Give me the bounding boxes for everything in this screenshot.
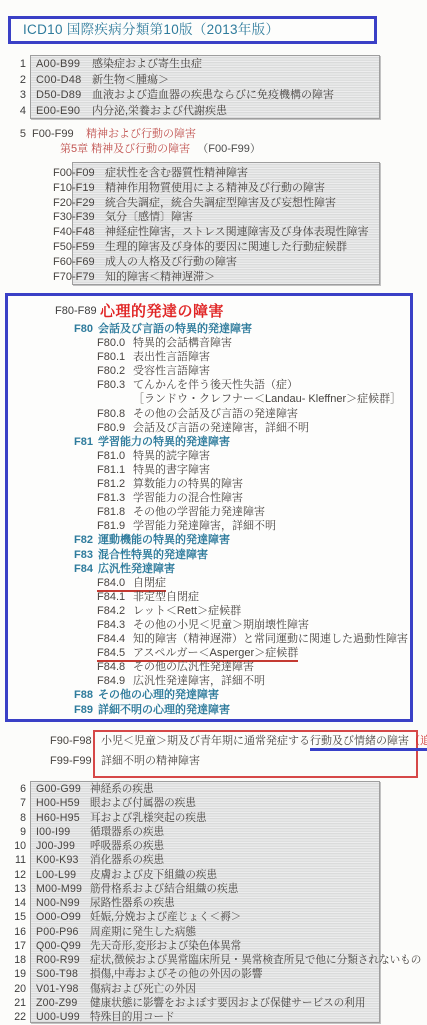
- chapter-row: 8 H60-H95 耳および乳様突起の疾患: [0, 811, 427, 825]
- title-box: ICD10 国際疾病分類第10版（2013年版）: [8, 16, 377, 44]
- chapter-code: J00-J99: [36, 839, 75, 853]
- chapter-desc: 特殊目的用コード: [90, 1010, 175, 1024]
- f-block-desc: 生理的障害及び身体的要因に関連した行動症候群: [105, 240, 347, 255]
- chapter-number: 10: [2, 839, 26, 853]
- f8x-row-group: F81.3学習能力の混合性障害: [97, 491, 243, 505]
- f8x-row: F81.9学習能力発達障害，詳細不明: [8, 519, 410, 533]
- f-block-desc: 神経症性障害，ストレス関連障害及び身体表現性障害: [105, 225, 369, 240]
- f8x-code: F84.9: [97, 674, 133, 688]
- f-block-list: F00-F09 症状性を含む器質性精神障害 F10-F19 精神作用物質使用によ…: [0, 162, 427, 285]
- f8x-text: 学習能力の混合性障害: [133, 492, 243, 504]
- f8x-text: 運動機能の特異的発達障害: [98, 533, 230, 547]
- f8x-row: F81.0特異的読字障害: [8, 449, 410, 463]
- f8x-text: 詳細不明の心理的発達障害: [98, 703, 230, 717]
- f8x-text: 算数能力の特異的障害: [133, 478, 243, 490]
- chapter-number: 2: [2, 73, 26, 89]
- chapter-row: 20 V01-Y98 傷病および死亡の外因: [0, 982, 427, 996]
- f8x-row-group: F84.4知的障害（精神遅滞）と常同運動に関連した過動性障害: [97, 632, 408, 646]
- f-block-row: F60-F69 成人の人格及び行動の障害: [0, 255, 427, 270]
- chapter-code: K00-K93: [36, 853, 79, 867]
- f8x-row: F84.0自閉症: [8, 576, 410, 590]
- chapter-code: C00-D48: [36, 73, 81, 89]
- f-block-row: F10-F19 精神作用物質使用による精神及び行動の障害: [0, 181, 427, 196]
- f9x-underlined-group: 行動及び情緒の障害（追記ADHD）: [310, 735, 427, 748]
- chapter-desc: 神経系の疾患: [90, 782, 154, 796]
- f8x-row: F80.3てんかんを伴う後天性失語（症）: [8, 378, 410, 392]
- f8x-text: 受容性言語障害: [133, 365, 210, 377]
- f8x-code: F80: [74, 322, 93, 336]
- chapter-row: 21 Z00-Z99 健康状態に影響をおよぼす要因および保健サービスの利用: [0, 996, 427, 1010]
- chapter-code: P00-P96: [36, 925, 79, 939]
- f9x-desc: 詳細不明の精神障害: [101, 751, 200, 771]
- chapter-row: 1 A00-B99 感染症および寄生虫症: [0, 57, 427, 73]
- f8x-code: F80.9: [97, 421, 133, 435]
- f8x-text: 広汎性発達障害，詳細不明: [133, 675, 265, 687]
- chapter5-subtitle-text: 第5章 精神及び行動の障害: [60, 143, 190, 155]
- chapter-number: 9: [2, 825, 26, 839]
- f8x-text: その他の小児＜児童＞期崩壊性障害: [133, 619, 309, 631]
- f8x-row-group: F84.9広汎性発達障害，詳細不明: [97, 674, 265, 688]
- chapter-row: 10 J00-J99 呼吸器系の疾患: [0, 839, 427, 853]
- f-block-desc: 気分〔感情〕障害: [105, 210, 193, 225]
- chapter-number: 14: [2, 896, 26, 910]
- f8x-row: F84広汎性発達障害: [8, 562, 410, 576]
- f8x-code: F89: [74, 703, 93, 717]
- f8x-code: F81.9: [97, 519, 133, 533]
- chapter-row: 16 P00-P96 周産期に発生した病態: [0, 925, 427, 939]
- f8x-row: F81.1特異的書字障害: [8, 463, 410, 477]
- chapter-code: V01-Y98: [36, 982, 79, 996]
- chapter-code: E00-E90: [36, 104, 80, 120]
- chapter-number: 17: [2, 939, 26, 953]
- chapter-number: 16: [2, 925, 26, 939]
- f8x-text: その他の広汎性発達障害: [133, 661, 254, 673]
- f-block-code: F00-F09: [53, 166, 95, 181]
- f-block-code: F40-F48: [53, 225, 95, 240]
- f8x-code: F80.3: [97, 378, 133, 392]
- chapter-desc: 呼吸器系の疾患: [90, 839, 164, 853]
- f8x-code: F88: [74, 688, 93, 702]
- chapter-code: R00-R99: [36, 953, 80, 967]
- f8x-row-group: ［ランドウ・クレフナー＜Landau- Kleffner＞症候群］: [133, 392, 401, 406]
- chapter-code: N00-N99: [36, 896, 80, 910]
- f8x-row: F81.2算数能力の特異的障害: [8, 477, 410, 491]
- chapter-row: 19 S00-T98 損傷,中毒およびその他の外因の影響: [0, 967, 427, 981]
- f8x-text: その他の会話及び言語の発達障害: [133, 408, 298, 420]
- f8x-row: F84.1非定型自閉症: [8, 590, 410, 604]
- chapter-number: 3: [2, 88, 26, 104]
- f8x-row: ［ランドウ・クレフナー＜Landau- Kleffner＞症候群］: [8, 392, 410, 406]
- heading-code: F80-F89: [55, 301, 97, 322]
- chapter-number: 8: [2, 811, 26, 825]
- chapter-number: 20: [2, 982, 26, 996]
- f8x-row: F81.3学習能力の混合性障害: [8, 491, 410, 505]
- f8x-row: F80会話及び言語の特異的発達障害: [8, 322, 410, 336]
- chapter5-subtitle-code: （F00-F99）: [197, 143, 261, 155]
- f-block-code: F10-F19: [53, 181, 95, 196]
- chapter-row: 11 K00-K93 消化器系の疾患: [0, 853, 427, 867]
- chapter-code: H60-H95: [36, 811, 80, 825]
- f-block-desc: 知的障害＜精神遅滞＞: [105, 270, 215, 285]
- f8x-code: F80.1: [97, 350, 133, 364]
- f-block-desc: 精神作用物質使用による精神及び行動の障害: [105, 181, 325, 196]
- f8x-row-group: F81.9学習能力発達障害，詳細不明: [97, 519, 276, 533]
- f9x-row: F90-F98 小児＜児童＞期及び青年期に通常発症する行動及び情緒の障害（追記A…: [0, 731, 427, 751]
- chapter-row: 12 L00-L99 皮膚および皮下組織の疾患: [0, 868, 427, 882]
- chapter-number: 11: [2, 853, 26, 867]
- f8x-text: てんかんを伴う後天性失語（症）: [133, 379, 298, 391]
- f8x-text: 知的障害（精神遅滞）と常同運動に関連した過動性障害: [133, 633, 408, 645]
- f8x-code: F84.0: [97, 576, 133, 590]
- f8x-row: F82運動機能の特異的発達障害: [8, 533, 410, 547]
- f8x-row-group: F80.1表出性言語障害: [97, 350, 210, 364]
- f9x-code: F90-F98: [50, 731, 92, 751]
- f8x-row: F81.8その他の学習能力発達障害: [8, 505, 410, 519]
- f-block-code: F20-F29: [53, 196, 95, 211]
- chapter-row: 13 M00-M99 筋骨格系および結合組織の疾患: [0, 882, 427, 896]
- f8x-row: F84.5アスペルガー＜Asperger＞症候群: [8, 646, 410, 660]
- f8x-code: F84: [74, 562, 93, 576]
- f8x-code: F84.5: [97, 646, 133, 660]
- chapter-number: 4: [2, 104, 26, 120]
- chapter-number: 12: [2, 868, 26, 882]
- f8x-row-group: F84.0自閉症: [97, 576, 166, 590]
- f8x-row-group: F84.3その他の小児＜児童＞期崩壊性障害: [97, 618, 309, 632]
- f8x-text: その他の心理的発達障害: [98, 688, 219, 702]
- f8x-row-group: F84.8その他の広汎性発達障害: [97, 660, 254, 674]
- f8x-row-group: F80.2受容性言語障害: [97, 364, 210, 378]
- f8x-row: F80.1表出性言語障害: [8, 350, 410, 364]
- f-block-desc: 症状性を含む器質性精神障害: [105, 166, 248, 181]
- chapter-code: S00-T98: [36, 967, 78, 981]
- chapter-desc: 眼および付属器の疾患: [90, 796, 196, 810]
- f-block-code: F30-F39: [53, 210, 95, 225]
- f8x-row: F83混合性特異的発達障害: [8, 548, 410, 562]
- chapter-desc: 筋骨格系および結合組織の疾患: [90, 882, 238, 896]
- chapter-code: Z00-Z99: [36, 996, 77, 1010]
- f8x-row-group: F84.2レット＜Rett＞症候群: [97, 604, 241, 618]
- chapter-desc: 周産期に発生した病態: [90, 925, 196, 939]
- f8x-code: F81.1: [97, 463, 133, 477]
- f9x-marked-text: 行動及び情緒の障害: [310, 735, 409, 747]
- f8x-code: F81.0: [97, 449, 133, 463]
- f8x-code: F82: [74, 533, 93, 547]
- f8x-text: 特異的読字障害: [133, 450, 210, 462]
- chapter-desc: 循環器系の疾患: [90, 825, 164, 839]
- f8x-row-group: F80.9会話及び言語の発達障害，詳細不明: [97, 421, 309, 435]
- f8x-row-group: F80.0特異的会話構音障害: [97, 336, 232, 350]
- f8x-row: F80.9会話及び言語の発達障害，詳細不明: [8, 421, 410, 435]
- chapter-number: 15: [2, 910, 26, 924]
- f-block-row: F50-F59 生理的障害及び身体的要因に関連した行動症候群: [0, 240, 427, 255]
- chapter-row: 3 D50-D89 血液および造血器の疾患ならびに免疫機構の障害: [0, 88, 427, 104]
- chapter-desc: 新生物＜腫瘍＞: [92, 73, 169, 89]
- f8x-code: F80.8: [97, 407, 133, 421]
- chapter-number: 13: [2, 882, 26, 896]
- f9x-list: F90-F98 小児＜児童＞期及び青年期に通常発症する行動及び情緒の障害（追記A…: [0, 731, 427, 771]
- bottom-chapter-list: 6 G00-G99 神経系の疾患 7 H00-H59 眼および付属器の疾患 8 …: [0, 781, 427, 1023]
- chapter-desc: 症状,徴候および異常臨床所見・異常検査所見で他に分類されないもの: [90, 953, 421, 967]
- chapter5-title: 精神および行動の障害: [86, 127, 196, 142]
- page-title: ICD10 国際疾病分類第10版（2013年版）: [23, 19, 279, 41]
- f-block-row: F30-F39 気分〔感情〕障害: [0, 210, 427, 225]
- chapter-desc: 感染症および寄生虫症: [92, 57, 202, 73]
- f-block-row: F20-F29 統合失調症，統合失調症型障害及び妄想性障害: [0, 196, 427, 211]
- f8x-text: 広汎性発達障害: [98, 562, 175, 576]
- f8x-row-group: F81.8その他の学習能力発達障害: [97, 505, 265, 519]
- chapter-row: 18 R00-R99 症状,徴候および異常臨床所見・異常検査所見で他に分類されな…: [0, 953, 427, 967]
- chapter-row: 2 C00-D48 新生物＜腫瘍＞: [0, 73, 427, 89]
- f8x-text: 学習能力発達障害，詳細不明: [133, 520, 276, 532]
- chapter5-subtitle: 第5章 精神及び行動の障害 （F00-F99）: [60, 142, 420, 157]
- f8x-code: F80.2: [97, 364, 133, 378]
- chapter-code: D50-D89: [36, 88, 81, 104]
- chapter-number: 5: [2, 127, 26, 142]
- f9x-adhd-note: （追記ADHD）: [409, 735, 427, 747]
- chapter-code: U00-U99: [36, 1010, 80, 1024]
- f-block-code: F70-F79: [53, 270, 95, 285]
- f8x-text: 表出性言語障害: [133, 351, 210, 363]
- chapter-desc: 先天奇形,変形および染色体異常: [90, 939, 241, 953]
- chapter-row: 9 I00-I99 循環器系の疾患: [0, 825, 427, 839]
- developmental-disorders-box: F80-F89 心理的発達の障害 F80会話及び言語の特異的発達障害 F80.0…: [5, 293, 413, 722]
- f8x-text: 混合性特異的発達障害: [98, 548, 208, 562]
- f8x-code: F84.8: [97, 660, 133, 674]
- f-block-code: F60-F69: [53, 255, 95, 270]
- f8x-row: F84.9広汎性発達障害，詳細不明: [8, 674, 410, 688]
- chapter-row: 7 H00-H59 眼および付属器の疾患: [0, 796, 427, 810]
- f8x-text: アスペルガー＜Asperger＞症候群: [133, 647, 298, 659]
- icd10-classification-page: ICD10 国際疾病分類第10版（2013年版） 1 A00-B99 感染症およ…: [0, 0, 427, 1025]
- chapter-code: I00-I99: [36, 825, 70, 839]
- f8x-row: F89詳細不明の心理的発達障害: [8, 703, 410, 717]
- f8x-code: F84.2: [97, 604, 133, 618]
- chapter-desc: 傷病および死亡の外因: [90, 982, 196, 996]
- f8x-row-group: F81.2算数能力の特異的障害: [97, 477, 243, 491]
- chapter-row: 14 N00-N99 尿路性器系の疾患: [0, 896, 427, 910]
- f8x-code: F84.4: [97, 632, 133, 646]
- chapter-code: L00-L99: [36, 868, 76, 882]
- f8x-code: F81.2: [97, 477, 133, 491]
- f8x-text: 学習能力の特異的発達障害: [98, 435, 230, 449]
- chapter-desc: 尿路性器系の疾患: [90, 896, 175, 910]
- f8x-text: 特異的書字障害: [133, 464, 210, 476]
- f8x-text: 特異的会話構音障害: [133, 337, 232, 349]
- chapter5-row: 5 F00-F99 精神および行動の障害: [0, 127, 427, 142]
- f-block-row: F00-F09 症状性を含む器質性精神障害: [0, 166, 427, 181]
- chapter-code: O00-O99: [36, 910, 81, 924]
- chapter-desc: 損傷,中毒およびその他の外因の影響: [90, 967, 262, 981]
- chapter-row: 4 E00-E90 内分泌,栄養および代謝疾患: [0, 104, 427, 120]
- chapter-row: 6 G00-G99 神経系の疾患: [0, 782, 427, 796]
- f8x-row-group: F84.5アスペルガー＜Asperger＞症候群: [97, 646, 298, 660]
- f8x-row-group: F81.0特異的読字障害: [97, 449, 210, 463]
- f8x-row-group: F81.1特異的書字障害: [97, 463, 210, 477]
- chapter-row: 15 O00-O99 妊娠,分娩および産じょく＜褥＞: [0, 910, 427, 924]
- chapter-number: 19: [2, 967, 26, 981]
- f9x-desc-pre: 詳細不明の精神障害: [101, 755, 200, 767]
- f8x-code: F83: [74, 548, 93, 562]
- f8x-row: F80.8その他の会話及び言語の発達障害: [8, 407, 410, 421]
- f8x-code: F81: [74, 435, 93, 449]
- f9x-desc-pre: 小児＜児童＞期及び青年期に通常発症する: [101, 735, 310, 747]
- chapter-desc: 皮膚および皮下組織の疾患: [90, 868, 217, 882]
- chapter-code: Q00-Q99: [36, 939, 81, 953]
- f-block-desc: 成人の人格及び行動の障害: [105, 255, 237, 270]
- f9x-row: F99-F99 詳細不明の精神障害: [0, 751, 427, 771]
- chapter-desc: 血液および造血器の疾患ならびに免疫機構の障害: [92, 88, 334, 104]
- f-block-row: F40-F48 神経症性障害，ストレス関連障害及び身体表現性障害: [0, 225, 427, 240]
- f-block-desc: 統合失調症，統合失調症型障害及び妄想性障害: [105, 196, 336, 211]
- chapter-desc: 耳および乳様突起の疾患: [90, 811, 207, 825]
- chapter-desc: 内分泌,栄養および代謝疾患: [92, 104, 227, 120]
- f8x-code: F81.8: [97, 505, 133, 519]
- chapter-number: 22: [2, 1010, 26, 1024]
- f8x-text: 会話及び言語の特異的発達障害: [98, 322, 252, 336]
- f9x-desc: 小児＜児童＞期及び青年期に通常発症する行動及び情緒の障害（追記ADHD）: [101, 731, 427, 751]
- chapter-number: 18: [2, 953, 26, 967]
- f8x-row: F88その他の心理的発達障害: [8, 688, 410, 702]
- chapter-desc: 健康状態に影響をおよぼす要因および保健サービスの利用: [90, 996, 365, 1010]
- f8x-code: F84.3: [97, 618, 133, 632]
- f8x-row: F80.2受容性言語障害: [8, 364, 410, 378]
- f8x-row: F84.2レット＜Rett＞症候群: [8, 604, 410, 618]
- f8x-text: レット＜Rett＞症候群: [133, 605, 241, 617]
- f8x-text: ［ランドウ・クレフナー＜Landau- Kleffner＞症候群］: [133, 393, 401, 405]
- f8x-code: F84.1: [97, 590, 133, 604]
- chapter-row: 22 U00-U99 特殊目的用コード: [0, 1010, 427, 1024]
- f-block-row: F70-F79 知的障害＜精神遅滞＞: [0, 270, 427, 285]
- developmental-box-heading: F80-F89 心理的発達の障害: [8, 301, 410, 322]
- chapter-code: A00-B99: [36, 57, 80, 73]
- f8x-row: F84.4知的障害（精神遅滞）と常同運動に関連した過動性障害: [8, 632, 410, 646]
- f8x-code: F80.0: [97, 336, 133, 350]
- chapter-desc: 妊娠,分娩および産じょく＜褥＞: [90, 910, 241, 924]
- top-chapter-list: 1 A00-B99 感染症および寄生虫症 2 C00-D48 新生物＜腫瘍＞ 3…: [0, 55, 427, 119]
- chapter-number: 1: [2, 57, 26, 73]
- f8x-text: 自閉症: [133, 577, 166, 589]
- f9x-code: F99-F99: [50, 751, 92, 771]
- f8x-code: F81.3: [97, 491, 133, 505]
- chapter-code: H00-H59: [36, 796, 80, 810]
- f8x-text: 会話及び言語の発達障害，詳細不明: [133, 422, 309, 434]
- chapter-code: M00-M99: [36, 882, 82, 896]
- f8x-row: F80.0特異的会話構音障害: [8, 336, 410, 350]
- chapter-number: 6: [2, 782, 26, 796]
- f8x-row-group: F80.8その他の会話及び言語の発達障害: [97, 407, 298, 421]
- chapter-row: 17 Q00-Q99 先天奇形,変形および染色体異常: [0, 939, 427, 953]
- f8x-text: その他の学習能力発達障害: [133, 506, 265, 518]
- chapter-code: G00-G99: [36, 782, 81, 796]
- f8x-row: F81学習能力の特異的発達障害: [8, 435, 410, 449]
- f8x-text: 非定型自閉症: [133, 591, 199, 603]
- heading-title: 心理的発達の障害: [100, 301, 224, 322]
- f-block-code: F50-F59: [53, 240, 95, 255]
- chapter-number: 21: [2, 996, 26, 1010]
- f8x-row-group: F80.3てんかんを伴う後天性失語（症）: [97, 378, 298, 392]
- f8x-row: F84.3その他の小児＜児童＞期崩壊性障害: [8, 618, 410, 632]
- f8x-row-group: F84.1非定型自閉症: [97, 590, 199, 604]
- chapter-desc: 消化器系の疾患: [90, 853, 164, 867]
- f8x-row: F84.8その他の広汎性発達障害: [8, 660, 410, 674]
- chapter-number: 7: [2, 796, 26, 810]
- chapter-code: F00-F99: [32, 127, 74, 142]
